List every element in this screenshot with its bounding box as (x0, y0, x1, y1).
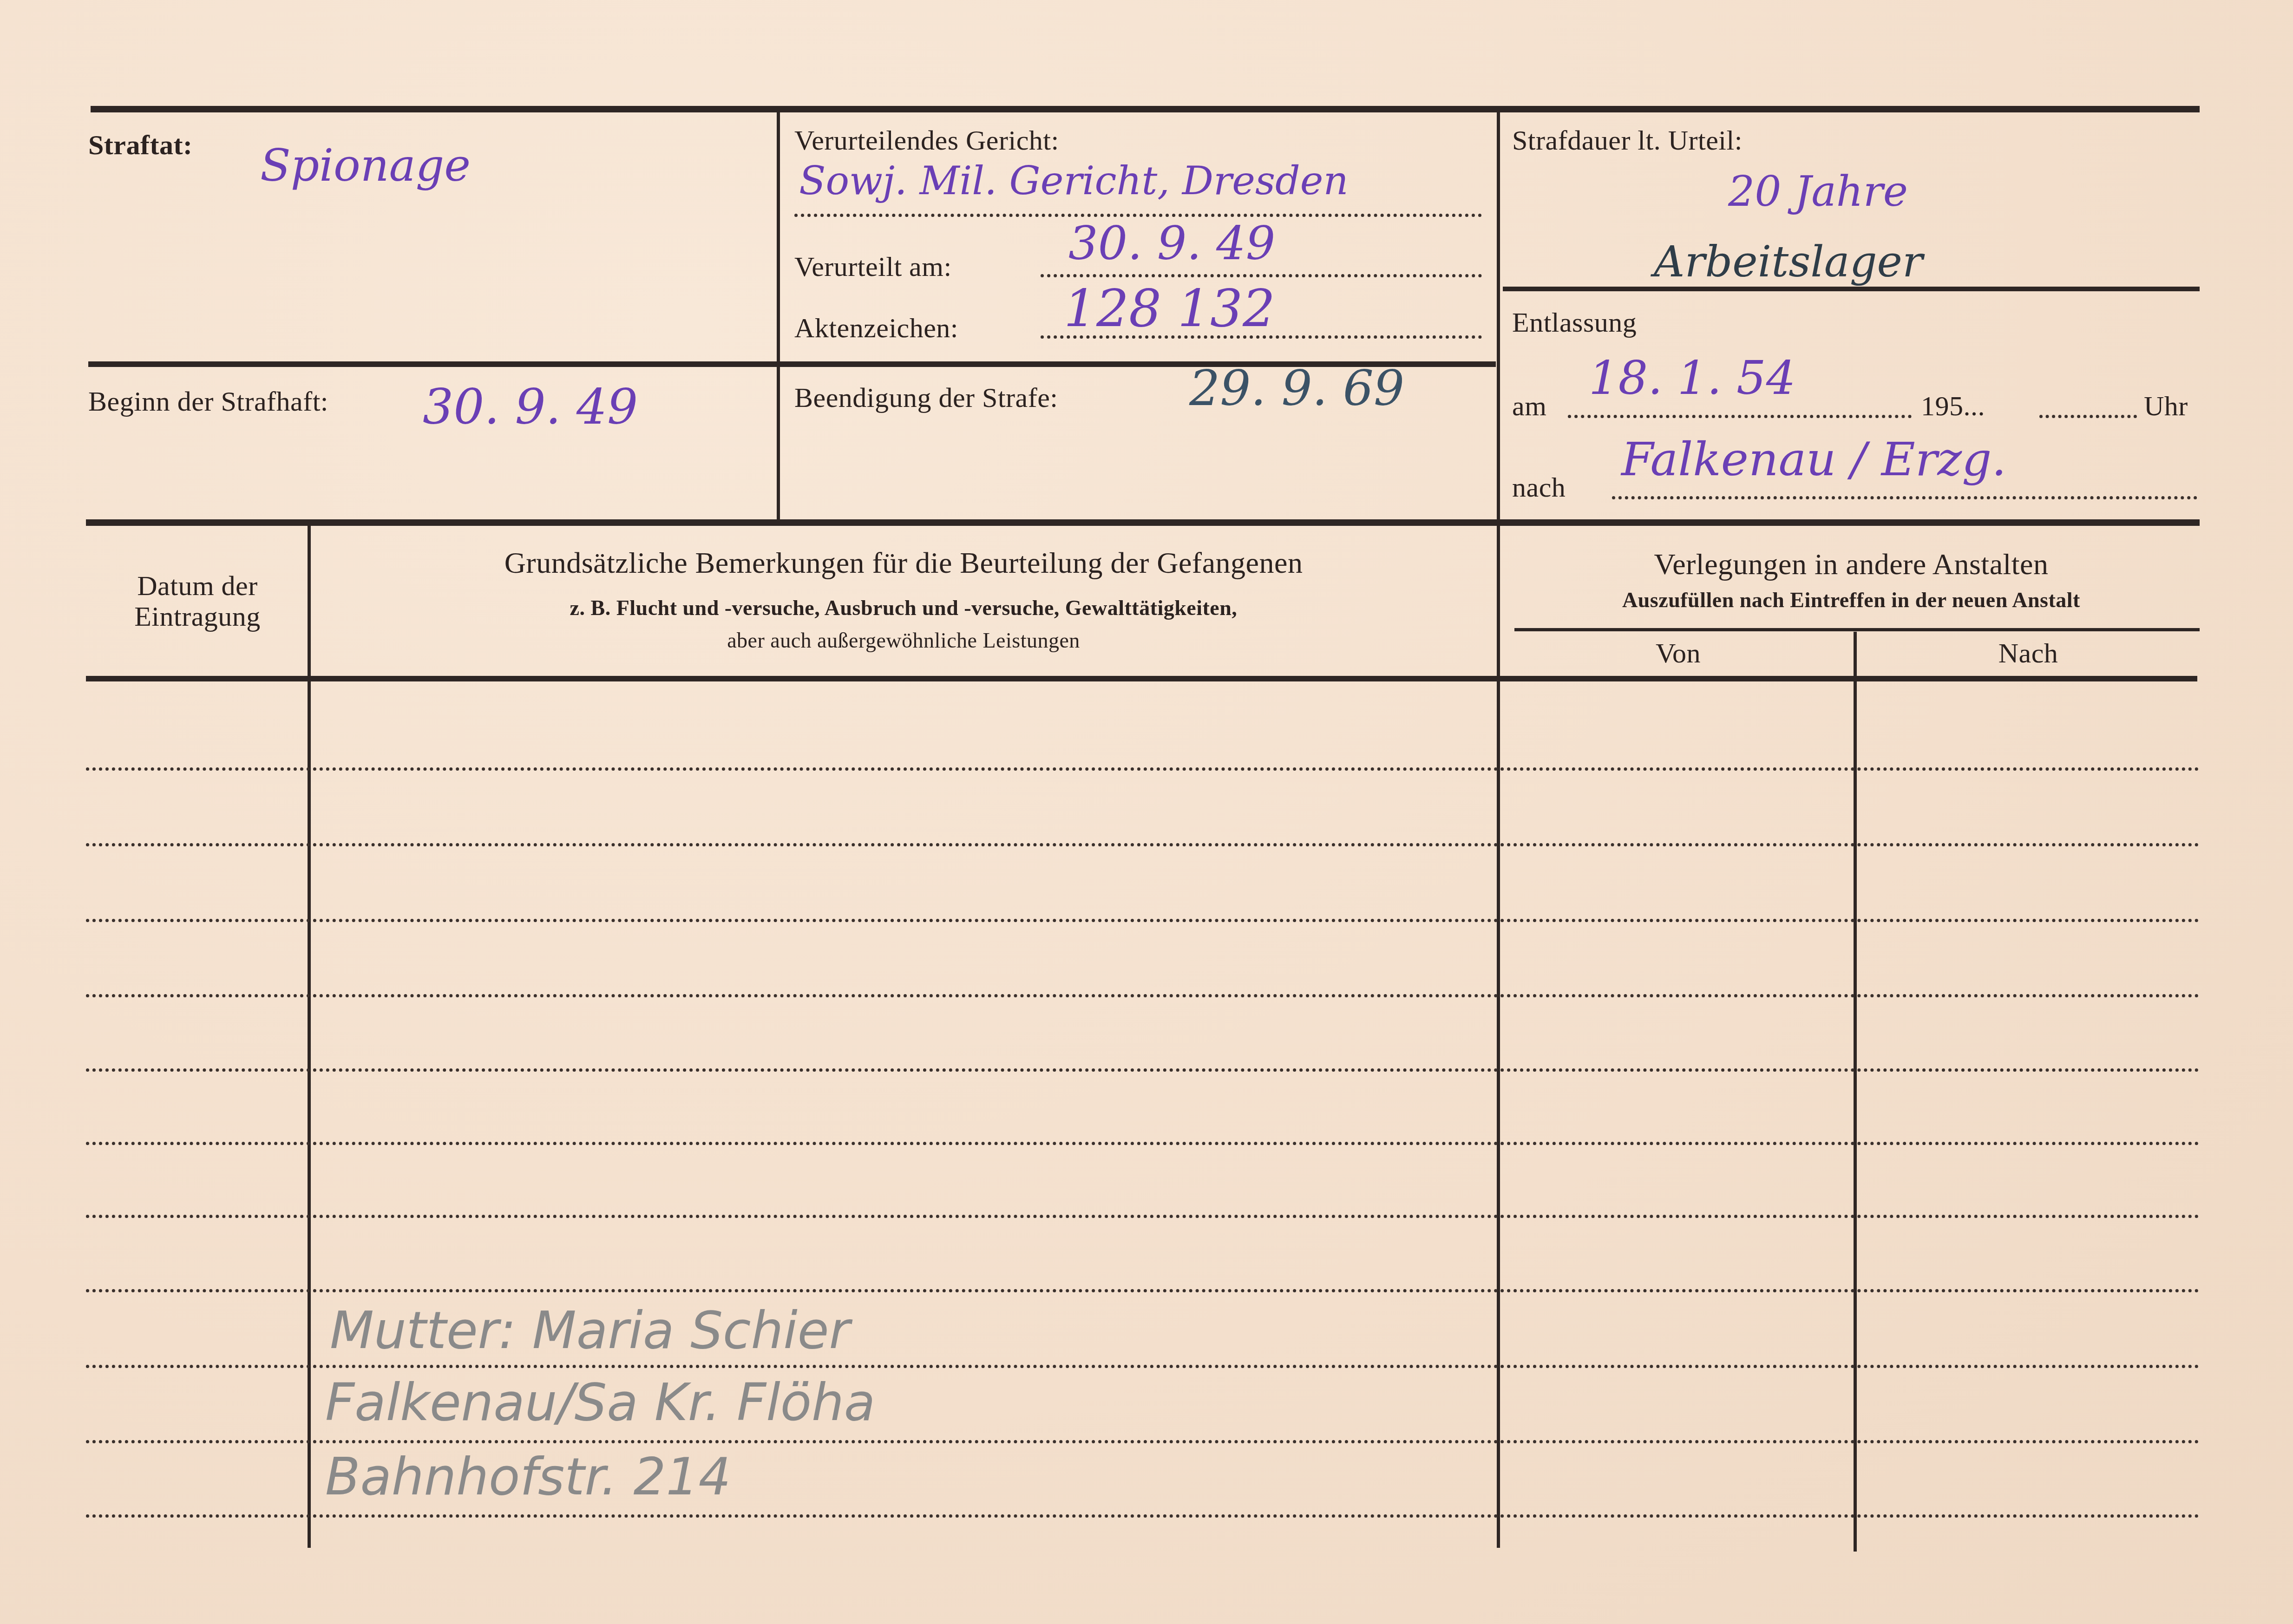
col-transfer-sub: Auszufüllen nach Eintreffen in der neuen… (1503, 588, 2200, 612)
detention-start-label: Beginn der Strafhaft: (88, 386, 328, 418)
sentence-end-label: Beendigung der Strafe: (794, 382, 1058, 414)
release-to-label: nach (1512, 471, 1566, 504)
release-date-line (1568, 415, 1912, 418)
duration-value-2[interactable]: Arbeitslager (1654, 237, 1923, 287)
duration-rule (1503, 287, 2200, 291)
row-line (86, 1440, 2200, 1443)
sentenced-on-label: Verurteilt am: (794, 251, 952, 283)
row-line (86, 767, 2200, 771)
table-top-rule (86, 519, 2200, 526)
row-line (86, 1365, 2200, 1368)
detention-start-value[interactable]: 30. 9. 49 (423, 379, 638, 435)
col-date-header-line1: Datum der (93, 570, 302, 601)
release-label: Entlassung (1512, 307, 1637, 339)
divider-v-2 (1497, 111, 1500, 520)
row-line (86, 1068, 2200, 1072)
release-am-label: am (1512, 390, 1546, 422)
row-line (86, 1514, 2200, 1518)
file-number-line (1041, 335, 1482, 339)
release-time-line (2039, 415, 2137, 418)
sentenced-on-line (1041, 274, 1482, 277)
duration-value-1[interactable]: 20 Jahre (1728, 167, 1908, 216)
offense-label: Straftat: (88, 129, 192, 161)
row-line (86, 919, 2200, 922)
row-line (86, 843, 2200, 846)
note-line-3[interactable]: Bahnhofstr. 214 (325, 1447, 731, 1506)
duration-label: Strafdauer lt. Urteil: (1512, 124, 1743, 157)
col-remarks-sub1: z. B. Flucht und -versuche, Ausbruch und… (316, 596, 1491, 620)
row-line (86, 1289, 2200, 1292)
release-time-suffix: Uhr (2144, 390, 2188, 422)
court-value[interactable]: Sowj. Mil. Gericht, Dresden (799, 158, 1349, 203)
transfer-sub-rule (1514, 628, 2200, 631)
file-number-label: Aktenzeichen: (794, 312, 958, 344)
col-date-header: Datum der Eintragung (93, 570, 302, 632)
file-number-value[interactable]: 128 132 (1064, 279, 1275, 338)
col-date-header-line2: Eintragung (93, 601, 302, 632)
top-rule (91, 106, 2200, 112)
col-remarks-header: Grundsätzliche Bemerkungen für die Beurt… (316, 546, 1491, 580)
note-line-1[interactable]: Mutter: Maria Schier (330, 1301, 850, 1360)
court-label: Verurteilendes Gericht: (794, 124, 1059, 157)
sentence-end-value[interactable]: 29. 9. 69 (1189, 360, 1404, 417)
note-line-2[interactable]: Falkenau/Sa Kr. Flöha (325, 1373, 875, 1432)
sentenced-on-value[interactable]: 30. 9. 49 (1068, 216, 1275, 270)
col-from: Von (1503, 637, 1854, 669)
divider-v-1 (777, 111, 780, 520)
col-to: Nach (1857, 637, 2200, 669)
offense-value[interactable]: Spionage (260, 139, 471, 191)
row-line (86, 994, 2200, 997)
release-date-value[interactable]: 18. 1. 54 (1589, 351, 1795, 405)
col-transfer-header: Verlegungen in andere Anstalten (1503, 547, 2200, 582)
row-line (86, 1142, 2200, 1145)
release-to-value[interactable]: Falkenau / Erzg. (1621, 432, 2006, 486)
release-to-line (1612, 496, 2197, 499)
release-year-prefix: 195... (1921, 390, 1985, 422)
col-remarks-sub2: aber auch außergewöhnliche Leistungen (316, 628, 1491, 653)
table-header-bottom-rule (86, 676, 2197, 681)
row-line (86, 1215, 2200, 1218)
